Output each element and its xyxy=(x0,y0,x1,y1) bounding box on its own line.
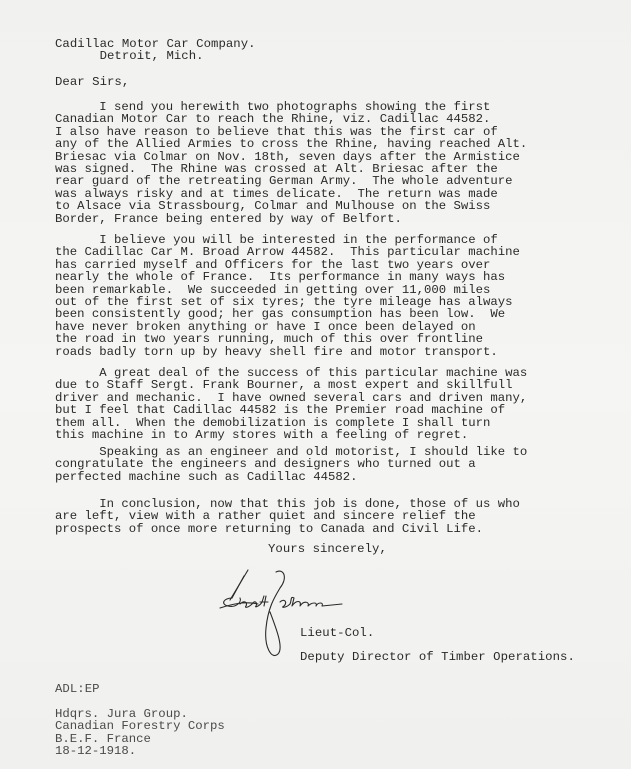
text-line: perfected machine such as Cadillac 44582… xyxy=(55,471,527,483)
text-line: are left, view with a rather quiet and s… xyxy=(55,510,520,522)
paragraph-1: I send you herewith two photographs show… xyxy=(55,101,527,225)
signature xyxy=(218,568,353,663)
text-line: the road in two years running, much of t… xyxy=(55,333,520,345)
text-line: Border, France being entered by way of B… xyxy=(55,213,527,225)
text-line: due to Staff Sergt. Frank Bourner, a mos… xyxy=(55,379,527,391)
paragraph-3: A great deal of the success of this part… xyxy=(55,367,527,441)
address-line: Canadian Forestry Corps xyxy=(55,720,225,732)
paragraph-5: In conclusion, now that this job is done… xyxy=(55,498,520,535)
paragraph-4: Speaking as an engineer and old motorist… xyxy=(55,446,527,483)
text-line: rear guard of the retreating German Army… xyxy=(55,175,527,187)
text-line: Canadian Motor Car to reach the Rhine, v… xyxy=(55,113,527,125)
text-line: prospects of once more returning to Cana… xyxy=(55,523,520,535)
text-line: nearly the whole of France. Its performa… xyxy=(55,271,520,283)
recipient-city-text: Detroit, Mich. xyxy=(100,49,204,63)
text-line: congratulate the engineers and designers… xyxy=(55,458,527,470)
text-line: the Cadillac Car M. Broad Arrow 44582. T… xyxy=(55,246,520,258)
letter-page: Cadillac Motor Car Company. Detroit, Mic… xyxy=(0,0,631,769)
text-line: to Alsace via Strassbourg, Colmar and Mu… xyxy=(55,200,527,212)
recipient-city: Detroit, Mich. xyxy=(55,50,204,62)
paragraph-2: I believe you will be interested in the … xyxy=(55,234,520,358)
text-line: this machine in to Army stores with a fe… xyxy=(55,429,527,441)
text-line: roads badly torn up by heavy shell fire … xyxy=(55,346,520,358)
reference-initials: ADL:EP xyxy=(55,683,100,695)
text-line: been consistently good; her gas consumpt… xyxy=(55,308,520,320)
signer-title: Deputy Director of Timber Operations. xyxy=(300,651,575,663)
signer-rank: Lieut-Col. xyxy=(300,627,374,639)
closing: Yours sincerely, xyxy=(268,543,387,555)
salutation: Dear Sirs, xyxy=(55,76,129,88)
address-line: 18-12-1918. xyxy=(55,745,225,757)
text-line: any of the Allied Armies to cross the Rh… xyxy=(55,138,527,150)
sender-address: Hdqrs. Jura Group. Canadian Forestry Cor… xyxy=(55,708,225,758)
text-line: but I feel that Cadillac 44582 is the Pr… xyxy=(55,404,527,416)
